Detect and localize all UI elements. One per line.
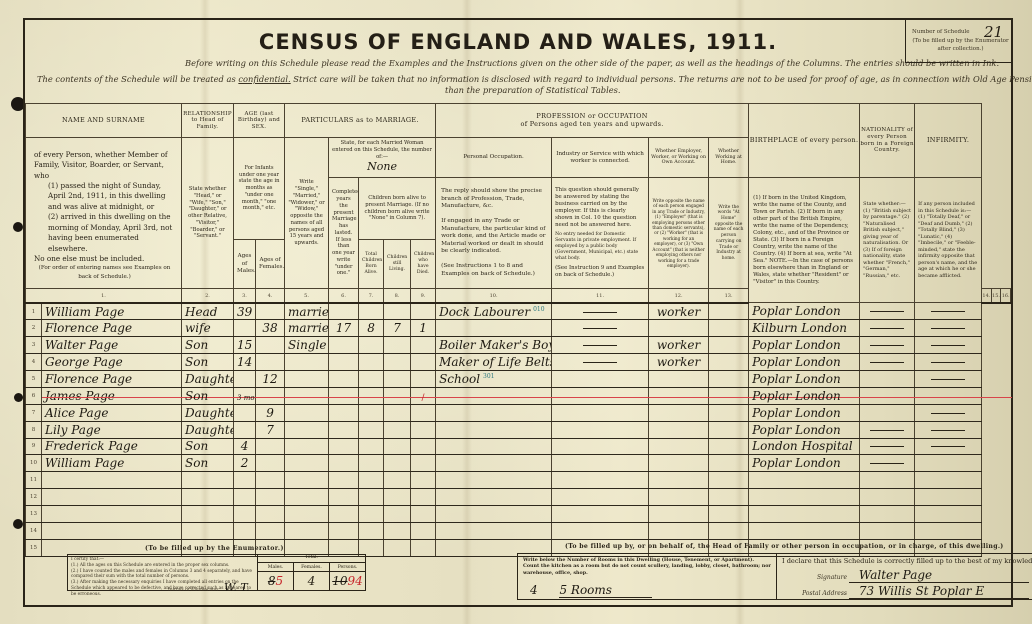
personal-occupation-cell: [436, 506, 552, 523]
nationality-cell: [860, 421, 915, 438]
enumerator-box: I certify that:— (1.) All the ages on th…: [67, 554, 366, 591]
working-at-home-header: Whether Working at Home.: [709, 138, 749, 178]
age-female-cell: [256, 455, 285, 472]
occupation-instruction: (See Instructions 1 to 8 and Examples on…: [441, 263, 546, 278]
relationship: Son: [185, 439, 208, 453]
children-born-cell: [359, 472, 384, 489]
working-at-home-cell: [709, 506, 749, 523]
column-number: 2.: [182, 289, 234, 303]
row-number: 8: [32, 427, 36, 433]
infirmity-cell: [915, 320, 982, 337]
years-married-cell: [329, 370, 359, 387]
dash-mark-icon: [583, 362, 617, 363]
age-female-cell: [256, 438, 285, 455]
infirmity-cell: [915, 455, 982, 472]
nationality-cell: [860, 320, 915, 337]
name-instruction: (1) passed the night of Sunday, April 2n…: [34, 181, 175, 212]
industry-cell: [552, 455, 649, 472]
dash-mark-icon: [931, 311, 965, 312]
years-married-cell: [329, 506, 359, 523]
children-died-cell: [411, 539, 436, 556]
total-columns: Males. Females. Persons.: [258, 563, 365, 572]
infirmity-cell: [915, 522, 982, 539]
birthplace-cell: [749, 472, 860, 489]
children-living: 7: [393, 321, 401, 335]
personal-occupation-cell: Maker of Life Belts etc960: [436, 354, 552, 371]
working-at-home-cell: [709, 522, 749, 539]
infirmity-cell: [915, 337, 982, 354]
age-female: 7: [266, 423, 274, 437]
children-born-cell: [359, 489, 384, 506]
person-name: Alice Page: [45, 406, 108, 420]
age-male-cell: 2: [234, 455, 256, 472]
infirmity-cell: [915, 354, 982, 371]
age-male-cell: [234, 472, 256, 489]
enumerator-mark-icon: ∕: [422, 393, 425, 403]
personal-occupation-cell: [436, 438, 552, 455]
column-number: 3.: [234, 289, 256, 303]
birthplace-cell: [749, 522, 860, 539]
employment-status-cell: [649, 455, 709, 472]
working-at-home-cell: [709, 320, 749, 337]
birthplace-cell: London Hospital: [749, 438, 860, 455]
row-number-cell: 2: [26, 320, 42, 337]
column-number: 16.: [1001, 289, 1011, 303]
years-married-cell: [329, 522, 359, 539]
personal-occupation-cell: [436, 489, 552, 506]
children-born-cell: [359, 438, 384, 455]
age-female-cell: [256, 337, 285, 354]
relationship-cell: [182, 472, 234, 489]
relationship-cell: [182, 489, 234, 506]
infirmity-cell: [915, 421, 982, 438]
age-male-cell: [234, 506, 256, 523]
person-name: Florence Page: [45, 321, 132, 335]
birthplace: Poplar London: [752, 355, 841, 369]
industry-cell: [552, 320, 649, 337]
person-name: James Page: [45, 389, 115, 403]
address-label: Postal Address: [777, 590, 847, 597]
person-name-cell: [42, 506, 182, 523]
infirmity-column-header: INFIRMITY.: [915, 104, 982, 178]
employment-status-cell: [649, 438, 709, 455]
age-female-cell: [256, 354, 285, 371]
personal-occupation-header: Personal Occupation.: [436, 138, 552, 178]
birthplace: Poplar London: [752, 338, 841, 352]
infirmity-cell: [915, 506, 982, 523]
column-number: 8.: [384, 289, 411, 303]
children-born-cell: 8: [359, 320, 384, 337]
birthplace-cell: Poplar London: [749, 354, 860, 371]
row-number-cell: 3: [26, 337, 42, 354]
confidentiality-text: The contents of the Schedule will be tre…: [37, 74, 238, 84]
relationship: Head: [185, 305, 217, 319]
dash-mark-icon: [931, 413, 965, 414]
dash-mark-icon: [870, 328, 904, 329]
nationality-cell: [860, 370, 915, 387]
personal-occupation-cell: [436, 320, 552, 337]
table-row: 8Lily PageDaughter7Poplar London: [26, 421, 1011, 438]
marital-condition: married: [288, 305, 329, 319]
row-number-cell: 6: [26, 387, 42, 404]
personal-occupation-cell: [436, 455, 552, 472]
person-name-cell: Florence Page: [42, 370, 182, 387]
birthplace: Poplar London: [752, 372, 841, 386]
marital-condition-cell: married: [285, 320, 329, 337]
person-name-cell: James Page: [42, 387, 182, 404]
occupation-code: 301: [483, 373, 494, 380]
males-total: 85: [258, 572, 294, 590]
industry-cell: [552, 522, 649, 539]
person-name-cell: Lily Page: [42, 421, 182, 438]
employment-status: worker: [657, 355, 700, 369]
children-born-cell: [359, 370, 384, 387]
industry-cell: [552, 354, 649, 371]
marital-condition-cell: [285, 455, 329, 472]
person-name-cell: William Page: [42, 455, 182, 472]
enumerator-initials: Initials of Enumerator W. T.: [168, 581, 250, 596]
industry-instruction: This question should generally be answer…: [555, 187, 645, 229]
industry-cell: [552, 404, 649, 421]
name-instruction: No one else must be included.: [34, 254, 175, 264]
children-died-cell: ∕: [411, 387, 436, 404]
relationship-instructions: State whether "Head," or "Wife," "Son," …: [182, 138, 234, 289]
employment-status-cell: [649, 320, 709, 337]
birthplace-cell: Kilburn London: [749, 320, 860, 337]
infirmity-cell: [915, 489, 982, 506]
nationality-cell: [860, 506, 915, 523]
row-number-cell: 10: [26, 455, 42, 472]
personal-occupation-cell: [436, 387, 552, 404]
working-at-home-cell: [709, 489, 749, 506]
industry-cell: [552, 387, 649, 404]
birthplace-cell: Poplar London: [749, 455, 860, 472]
children-living-cell: [384, 522, 411, 539]
dash-mark-icon: [870, 311, 904, 312]
age-male-cell: [234, 320, 256, 337]
dash-mark-icon: [931, 345, 965, 346]
table-row: 1William PageHead39marriedDock Labourer0…: [26, 303, 1011, 320]
birthplace-cell: [749, 506, 860, 523]
children-died-cell: [411, 421, 436, 438]
employment-status-cell: [649, 370, 709, 387]
birthplace-cell: Poplar London: [749, 303, 860, 320]
relationship-cell: wife: [182, 320, 234, 337]
dash-mark-icon: [870, 345, 904, 346]
industry-instruction: No entry needed for Domestic Servants in…: [555, 232, 645, 262]
children-living-cell: 7: [384, 320, 411, 337]
column-number: 4.: [256, 289, 285, 303]
person-name-cell: [42, 472, 182, 489]
persons-struck-value: 10: [332, 574, 347, 588]
row-number: 2: [32, 325, 36, 331]
marital-condition-cell: [285, 438, 329, 455]
birthplace: Kilburn London: [752, 321, 847, 335]
row-number: 15: [30, 545, 37, 551]
working-at-home-cell: [709, 387, 749, 404]
working-at-home-instructions: Write the words "At Home" opposite the n…: [709, 178, 749, 289]
relationship-cell: Son: [182, 337, 234, 354]
nationality-cell: [860, 438, 915, 455]
row-number-cell: 8: [26, 421, 42, 438]
marital-condition: Single: [288, 338, 326, 352]
infirmity-cell: [915, 438, 982, 455]
birthplace: London Hospital: [752, 439, 853, 453]
children-died-cell: [411, 354, 436, 371]
children-living-header: Children still Living.: [384, 240, 411, 289]
working-at-home-cell: [709, 455, 749, 472]
table-row: 11: [26, 472, 1011, 489]
table-row: 3Walter PageSon15SingleBoiler Maker's Bo…: [26, 337, 1011, 354]
enumerator-certification: I certify that:— (1.) All the ages on th…: [68, 555, 258, 590]
nationality-instructions: State whether:— (1) "British subject by …: [860, 178, 915, 303]
dash-mark-icon: [931, 430, 965, 431]
infirmity-cell: [915, 387, 982, 404]
age-male-cell: 3 months: [234, 387, 256, 404]
name-instruction: (2) arrived in this dwelling on the morn…: [34, 212, 175, 254]
marital-condition-cell: [285, 522, 329, 539]
person-name: Walter Page: [45, 338, 118, 352]
infirmity-instructions: If any person included in this Schedule …: [915, 178, 982, 303]
employment-status-cell: [649, 472, 709, 489]
working-at-home-cell: [709, 472, 749, 489]
years-married: 17: [336, 321, 351, 335]
column-number: 14.: [982, 289, 992, 303]
table-row: 2Florence Pagewife38married17871Kilburn …: [26, 320, 1011, 337]
working-at-home-cell: [709, 303, 749, 320]
personal-occupation-cell: Dock Labourer010: [436, 303, 552, 320]
industry-cell: [552, 370, 649, 387]
age-female-cell: 38: [256, 320, 285, 337]
relationship-cell: Son: [182, 438, 234, 455]
signature-row: Signature Walter Page: [777, 568, 1030, 583]
column-number: 13.: [709, 289, 749, 303]
person-name: Florence Page: [45, 372, 132, 386]
children-instructions: Children born alive to present Marriage.…: [359, 178, 436, 240]
relationship: Son: [185, 355, 208, 369]
nationality-cell: [860, 303, 915, 320]
employment-status-cell: [649, 489, 709, 506]
years-married-cell: [329, 404, 359, 421]
age-male-cell: 39: [234, 303, 256, 320]
table-row: 12: [26, 489, 1011, 506]
relationship-cell: Son: [182, 455, 234, 472]
industry-instructions: This question should generally be answer…: [552, 178, 649, 289]
marital-condition-cell: [285, 354, 329, 371]
row-number: 12: [30, 494, 37, 500]
person-name: Frederick Page: [45, 439, 138, 453]
table-row: 10William PageSon2Poplar London: [26, 455, 1011, 472]
table-row: 5Florence PageDaughter12School301Poplar …: [26, 370, 1011, 387]
children-died-cell: 1: [411, 320, 436, 337]
household-section-title: (To be filled up by, or on behalf of, th…: [565, 543, 1004, 550]
row-number: 3: [32, 342, 36, 348]
males-value: 5: [276, 574, 284, 588]
age-female-cell: [256, 522, 285, 539]
relationship-cell: Head: [182, 303, 234, 320]
column-number: 12.: [649, 289, 709, 303]
census-rows: 1William PageHead39marriedDock Labourer0…: [26, 303, 1011, 556]
age-male-cell: 15: [234, 337, 256, 354]
nationality-cell: [860, 354, 915, 371]
row-number: 10: [30, 460, 37, 466]
employment-status: worker: [657, 338, 700, 352]
children-living-cell: [384, 539, 411, 556]
age-female-cell: [256, 387, 285, 404]
person-name-cell: Florence Page: [42, 320, 182, 337]
ages-of-males-header: Ages of Males.: [234, 240, 256, 289]
name-column-header: NAME AND SURNAME: [26, 104, 182, 138]
personal-occupation-cell: School301: [436, 370, 552, 387]
marital-condition-cell: [285, 421, 329, 438]
industry-cell: [552, 472, 649, 489]
employment-status-cell: [649, 522, 709, 539]
children-born-cell: [359, 404, 384, 421]
age-male: 15: [237, 338, 252, 352]
signature-label: Signature: [777, 574, 847, 581]
married-woman-text: State, for each Married Woman entered on…: [332, 140, 432, 160]
children-died-cell: [411, 522, 436, 539]
employment-status: worker: [657, 305, 700, 319]
children-died-cell: [411, 404, 436, 421]
age-male-cell: 14: [234, 354, 256, 371]
personal-occupation: Dock Labourer: [439, 305, 530, 319]
children-living-cell: [384, 354, 411, 371]
years-married-cell: [329, 438, 359, 455]
signature-value: Walter Page: [849, 568, 1029, 583]
persons-total: 1094: [330, 572, 365, 590]
handwritten-none: None: [332, 160, 432, 174]
dash-mark-icon: [870, 446, 904, 447]
marital-condition-cell: married: [285, 303, 329, 320]
dash-mark-icon: [583, 328, 617, 329]
age-female-cell: 9: [256, 404, 285, 421]
marital-condition-cell: [285, 472, 329, 489]
column-number: 9.: [411, 289, 436, 303]
age-female-cell: 12: [256, 370, 285, 387]
marital-condition-cell: [285, 506, 329, 523]
column-number: 6.: [329, 289, 359, 303]
years-married-cell: [329, 472, 359, 489]
birthplace-cell: Poplar London: [749, 337, 860, 354]
column-number: 7.: [359, 289, 384, 303]
years-married-cell: [329, 337, 359, 354]
declaration-box: I declare that this Schedule is correctl…: [777, 553, 1032, 600]
completed-years-instructions: Completed years the present Marriage has…: [329, 178, 359, 289]
children-living-cell: [384, 337, 411, 354]
column-number: 5.: [285, 289, 329, 303]
document-title: CENSUS OF ENGLAND AND WALES, 1911.: [25, 30, 1011, 54]
years-married-cell: [329, 489, 359, 506]
schedule-number-box: Number of Schedule 21 (To be filled up b…: [905, 20, 1013, 63]
personal-occupation: School: [439, 372, 480, 386]
table-row: 13: [26, 506, 1011, 523]
birthplace: Poplar London: [752, 389, 841, 403]
personal-occupation-cell: Boiler Maker's Boy627: [436, 337, 552, 354]
person-name-cell: William Page: [42, 303, 182, 320]
nationality-cell: [860, 337, 915, 354]
schedule-number-label: Number of Schedule: [912, 29, 970, 35]
relationship: Daughter: [185, 423, 234, 437]
punch-hole-icon: [13, 222, 23, 232]
person-name-cell: George Page: [42, 354, 182, 371]
employer-status-instructions: Write opposite the name of each person e…: [649, 178, 709, 289]
confidential-word: confidential.: [238, 74, 290, 84]
birthplace-cell: [749, 489, 860, 506]
relationship-cell: [182, 522, 234, 539]
employer-status-header: Whether Employer, Worker, or Working on …: [649, 138, 709, 178]
rooms-entry: 4 5 Rooms: [530, 583, 670, 597]
married-woman-instructions: State, for each Married Woman entered on…: [329, 138, 436, 178]
relationship-cell: Daughter: [182, 404, 234, 421]
table-row: 4George PageSon14Maker of Life Belts etc…: [26, 354, 1011, 371]
children-died-cell: [411, 337, 436, 354]
relationship: Daughter: [185, 406, 234, 420]
total-values: 85 4 1094: [258, 572, 365, 590]
children-living-cell: [384, 455, 411, 472]
row-number: 1: [32, 309, 36, 315]
employment-status-cell: [649, 404, 709, 421]
working-at-home-cell: [709, 337, 749, 354]
nationality-cell: [860, 404, 915, 421]
birthplace: Poplar London: [752, 406, 841, 420]
rooms-mark: 4: [530, 583, 538, 597]
dash-mark-icon: [931, 362, 965, 363]
children-died-cell: [411, 455, 436, 472]
row-number-cell: 4: [26, 354, 42, 371]
marital-condition: married: [288, 321, 329, 335]
persons-extra-mark: 4: [355, 574, 363, 588]
census-schedule-page: CENSUS OF ENGLAND AND WALES, 1911. Befor…: [0, 0, 1032, 624]
dash-mark-icon: [583, 345, 617, 346]
years-married-cell: [329, 387, 359, 404]
nationality-cell: [860, 472, 915, 489]
children-born: 8: [367, 321, 375, 335]
relationship: wife: [185, 321, 211, 335]
total-children-born-header: Total Children Born Alive.: [359, 240, 384, 289]
age-female: 12: [262, 372, 277, 386]
person-name-cell: [42, 489, 182, 506]
persons-label: Persons.: [330, 563, 365, 571]
table-row: 7Alice PageDaughter9Poplar London: [26, 404, 1011, 421]
industry-instruction: (See Instruction 9 and Examples on back …: [555, 265, 645, 279]
industry-cell: [552, 506, 649, 523]
nationality-column-header: NATIONALITY of every Person born in a Fo…: [860, 104, 915, 178]
table-row: 9Frederick PageSon4London Hospital: [26, 438, 1011, 455]
birthplace-cell: Poplar London: [749, 387, 860, 404]
address-row: Postal Address 73 Willis St Poplar E: [777, 584, 1030, 599]
person-name: William Page: [45, 305, 124, 319]
infirmity-cell: [915, 370, 982, 387]
infirmity-cell: [915, 472, 982, 489]
relationship-cell: [182, 506, 234, 523]
column-number: 10.: [436, 289, 552, 303]
personal-occupation: Maker of Life Belts etc: [439, 355, 552, 369]
dash-mark-icon: [870, 430, 904, 431]
certify-item: (2.) I have counted the males and female…: [71, 569, 254, 581]
row-number-cell: 7: [26, 404, 42, 421]
marital-condition-cell: [285, 370, 329, 387]
males-struck-value: 8: [268, 574, 276, 588]
person-name-cell: Frederick Page: [42, 438, 182, 455]
row-number: 6: [32, 393, 36, 399]
personal-occupation-cell: [436, 421, 552, 438]
row-number: 11: [30, 477, 37, 483]
children-died-cell: [411, 506, 436, 523]
relationship: Son: [185, 389, 208, 403]
children-born-cell: [359, 337, 384, 354]
person-name: Lily Page: [45, 423, 101, 437]
